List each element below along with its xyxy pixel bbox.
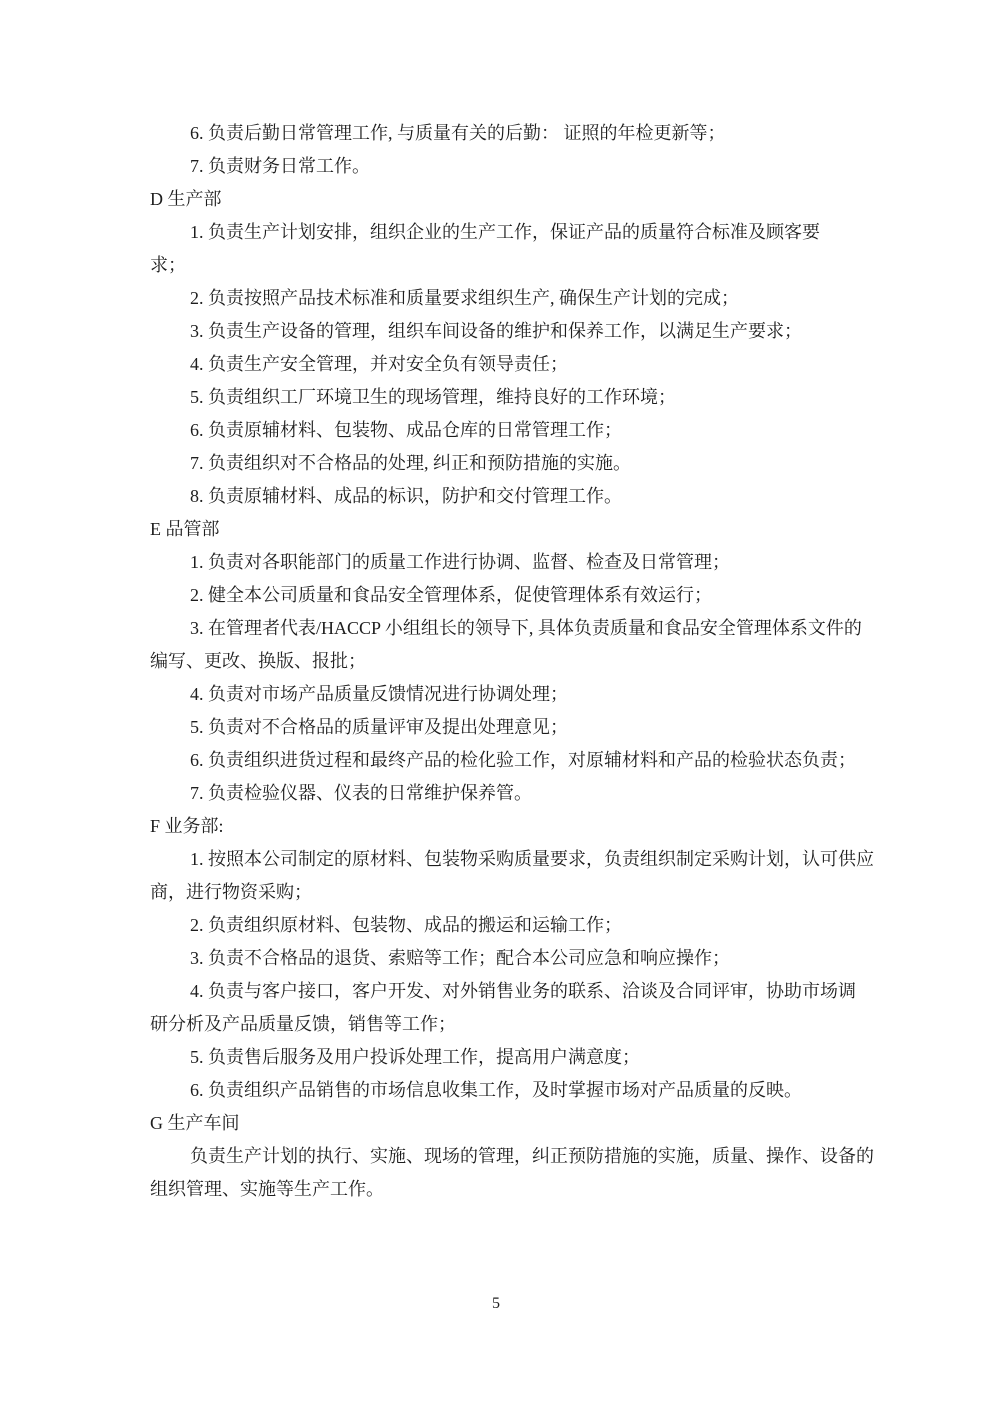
text-line: 4. 负责对市场产品质量反馈情况进行协调处理； [150,678,860,711]
text-line: 商，进行物资采购； [150,876,860,909]
text-line: 5. 负责组织工厂环境卫生的现场管理，维持良好的工作环境； [150,381,860,414]
text-line: 负责生产计划的执行、实施、现场的管理，纠正预防措施的实施，质量、操作、设备的 [150,1140,860,1173]
list-item: 4. 负责生产安全管理，并对安全负有领导责任； [150,348,860,381]
list-item: 6. 负责组织进货过程和最终产品的检化验工作，对原辅材料和产品的检验状态负责； [150,744,860,777]
text-line: 3. 在管理者代表/HACCP 小组组长的领导下, 具体负责质量和食品安全管理体… [150,612,860,645]
list-item: 3. 负责不合格品的退货、索赔等工作；配合本公司应急和响应操作； [150,942,860,975]
text-line: 研分析及产品质量反馈，销售等工作； [150,1008,860,1041]
section-heading: F 业务部: [150,810,860,843]
text-line: 2. 负责组织原材料、包装物、成品的搬运和运输工作； [150,909,860,942]
list-item: 2. 负责按照产品技术标准和质量要求组织生产, 确保生产计划的完成； [150,282,860,315]
document-page: 6. 负责后勤日常管理工作, 与质量有关的后勤： 证照的年检更新等；7. 负责财… [0,0,992,1402]
list-item: 2. 健全本公司质量和食品安全管理体系，促使管理体系有效运行； [150,579,860,612]
text-line: 2. 健全本公司质量和食品安全管理体系，促使管理体系有效运行； [150,579,860,612]
text-line: 求； [150,249,860,282]
text-line: 7. 负责财务日常工作。 [150,150,860,183]
text-line: 7. 负责组织对不合格品的处理, 纠正和预防措施的实施。 [150,447,860,480]
list-item: 7. 负责组织对不合格品的处理, 纠正和预防措施的实施。 [150,447,860,480]
list-item: 4. 负责对市场产品质量反馈情况进行协调处理； [150,678,860,711]
list-item: 3. 负责生产设备的管理，组织车间设备的维护和保养工作，以满足生产要求； [150,315,860,348]
list-item: 1. 负责对各职能部门的质量工作进行协调、监督、检查及日常管理； [150,546,860,579]
text-line: 组织管理、实施等生产工作。 [150,1173,860,1206]
list-item: 7. 负责检验仪器、仪表的日常维护保养管。 [150,777,860,810]
text-line: 6. 负责原辅材料、包装物、成品仓库的日常管理工作； [150,414,860,447]
list-item: 8. 负责原辅材料、成品的标识，防护和交付管理工作。 [150,480,860,513]
list-item: 1. 负责生产计划安排，组织企业的生产工作，保证产品的质量符合标准及顾客要求； [150,216,860,282]
list-item: 3. 在管理者代表/HACCP 小组组长的领导下, 具体负责质量和食品安全管理体… [150,612,860,678]
list-item: 7. 负责财务日常工作。 [150,150,860,183]
text-line: 6. 负责后勤日常管理工作, 与质量有关的后勤： 证照的年检更新等； [150,117,860,150]
section-heading: D 生产部 [150,183,860,216]
text-line: 5. 负责对不合格品的质量评审及提出处理意见； [150,711,860,744]
text-line: 7. 负责检验仪器、仪表的日常维护保养管。 [150,777,860,810]
text-line: 5. 负责售后服务及用户投诉处理工作，提高用户满意度； [150,1041,860,1074]
text-line: 1. 按照本公司制定的原材料、包装物采购质量要求，负责组织制定采购计划，认可供应 [150,843,860,876]
list-item: 负责生产计划的执行、实施、现场的管理，纠正预防措施的实施，质量、操作、设备的组织… [150,1140,860,1206]
section-heading: E 品管部 [150,513,860,546]
text-line: 8. 负责原辅材料、成品的标识，防护和交付管理工作。 [150,480,860,513]
list-item: 4. 负责与客户接口，客户开发、对外销售业务的联系、洽谈及合同评审，协助市场调研… [150,975,860,1041]
text-line: 3. 负责不合格品的退货、索赔等工作；配合本公司应急和响应操作； [150,942,860,975]
text-line: 1. 负责生产计划安排，组织企业的生产工作，保证产品的质量符合标准及顾客要 [150,216,860,249]
document-content: 6. 负责后勤日常管理工作, 与质量有关的后勤： 证照的年检更新等；7. 负责财… [150,117,860,1206]
text-line: 1. 负责对各职能部门的质量工作进行协调、监督、检查及日常管理； [150,546,860,579]
text-line: 4. 负责生产安全管理，并对安全负有领导责任； [150,348,860,381]
list-item: 5. 负责售后服务及用户投诉处理工作，提高用户满意度； [150,1041,860,1074]
list-item: 6. 负责组织产品销售的市场信息收集工作，及时掌握市场对产品质量的反映。 [150,1074,860,1107]
text-line: 3. 负责生产设备的管理，组织车间设备的维护和保养工作，以满足生产要求； [150,315,860,348]
text-line: 编写、更改、换版、报批； [150,645,860,678]
list-item: 1. 按照本公司制定的原材料、包装物采购质量要求，负责组织制定采购计划，认可供应… [150,843,860,909]
page-number: 5 [0,1294,992,1314]
list-item: 5. 负责组织工厂环境卫生的现场管理，维持良好的工作环境； [150,381,860,414]
list-item: 6. 负责后勤日常管理工作, 与质量有关的后勤： 证照的年检更新等； [150,117,860,150]
list-item: 6. 负责原辅材料、包装物、成品仓库的日常管理工作； [150,414,860,447]
text-line: 2. 负责按照产品技术标准和质量要求组织生产, 确保生产计划的完成； [150,282,860,315]
list-item: 2. 负责组织原材料、包装物、成品的搬运和运输工作； [150,909,860,942]
section-heading: G 生产车间 [150,1107,860,1140]
text-line: 6. 负责组织进货过程和最终产品的检化验工作，对原辅材料和产品的检验状态负责； [150,744,860,777]
text-line: 4. 负责与客户接口，客户开发、对外销售业务的联系、洽谈及合同评审，协助市场调 [150,975,860,1008]
list-item: 5. 负责对不合格品的质量评审及提出处理意见； [150,711,860,744]
text-line: 6. 负责组织产品销售的市场信息收集工作，及时掌握市场对产品质量的反映。 [150,1074,860,1107]
